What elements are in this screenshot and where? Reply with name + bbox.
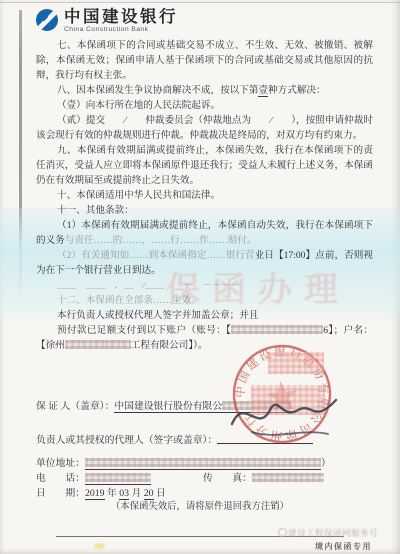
clause-8: 八、因本保函发生争议协商解决不成，按以下第壹种方式解决： [36,83,373,98]
clause-8-suffix: 种方式解决： [268,85,326,96]
handwritten-signature [224,388,348,446]
clause-11-item-1: （1）本保函有效期届满或提前终止，本保函自动失效，我行在本保函项下的义务与责任…… [36,218,373,248]
clause-12: 十二、本保函在全部条……生效。 [36,293,373,308]
fax-label: 传 真： [203,473,252,484]
scanned-guarantee-document: 中国建设银行 China Construction Bank 保函办理 七、本保… [0,0,400,554]
address-label: 单位地址： [36,458,85,469]
date-row: 日 期：2019 年 03 月 20 日 [36,485,166,499]
bank-names: 中国建设银行 China Construction Bank [64,8,178,34]
ccb-logo-stripe [36,9,58,31]
bank-name-cn: 中国建设银行 [64,8,178,26]
clause-10: 十、本保函适用中华人民共和国法律。 [36,188,373,203]
footer-service-text: 建设工程保函网服务号 [288,528,378,538]
bank-header: 中国建设银行 China Construction Bank [36,8,178,34]
account-number-redaction [231,325,323,334]
clause-11-item-2: （2）有关通知如……到本保函指定……银行营业日【17:00】点前，否则视为在下一… [36,248,373,278]
phone-fax-row: 电 话：传 真： [36,470,324,484]
clause-8-item-2: （贰）提交 ∕ 仲裁委员会（仲裁地点为 ∕ ），按照申请仲裁时该会现行有效的仲裁… [36,113,373,143]
account-holder-redaction [65,340,105,349]
footer-usage-tag: 境内保函专用 [0,541,372,552]
clause-7: 七、本保函项下的合同或基础交易不成立、不生效、无效、被撤销、被解除，本保函无效；… [36,38,373,83]
service-logo-icon [278,528,287,537]
account-prefix: 预付款已足额支付到以下账户（账号：【 [57,325,231,336]
clause-8-prefix: 八、因本保函发生争议协商解决不成，按以下第 [57,85,258,96]
address-row: 单位地址：） [36,455,331,469]
clause-9: 九、本保函有效期届满或提前终止，本保函失效，我行在本保函项下的责任消灭，受益人应… [36,143,373,188]
guarantor-value: 中国建设银行股份有限公 [114,401,222,412]
clause-11-item-2-faded: （2）有关通知如……到本保函指定……银行营 [57,250,255,261]
clause-8-item-1: （壹）向本行所在地的人民法院起诉。 [36,98,373,113]
agent-label: 负责人或其授权的代理人（签字或盖章）： [36,435,217,446]
seal-center-redaction-upper [268,352,324,374]
scan-top-edge [0,2,400,3]
phone-redaction [85,473,151,482]
fax-redaction [252,473,324,482]
clause-11: 十一、其他条款： [36,203,373,218]
footer-service-watermark: 建设工程保函网服务号 [278,527,378,539]
phone-label: 电 话： [36,473,85,484]
ccb-logo-icon [36,9,58,31]
document-body: 七、本保函项下的合同或基础交易不成立、不生效、无效、被撤销、被解除，本保函无效；… [36,38,373,353]
company-name-redaction [105,340,131,349]
account-suffix: 工程有限公司】）。 [131,340,208,351]
address-redaction [85,458,321,467]
clause-12-a: 本行负责人或授权代理人签字并加盖公章；并且 [36,308,373,323]
handwritten-blank-line: ＿＿ ＿＿ ．＿ ∕＿＿ － －－－－ [36,278,373,293]
address-suffix: ） [321,458,331,469]
return-note: （本保函失效后，请将原件退回我方注销） [0,498,400,512]
clause-11-item-1-faded: 与责任……的……，……行……作……赔付。 [65,235,257,246]
bank-name-en: China Construction Bank [64,26,178,34]
guarantor-label: 保 证 人（盖章）： [36,401,114,412]
clause-8-choice: 壹 [258,85,268,97]
